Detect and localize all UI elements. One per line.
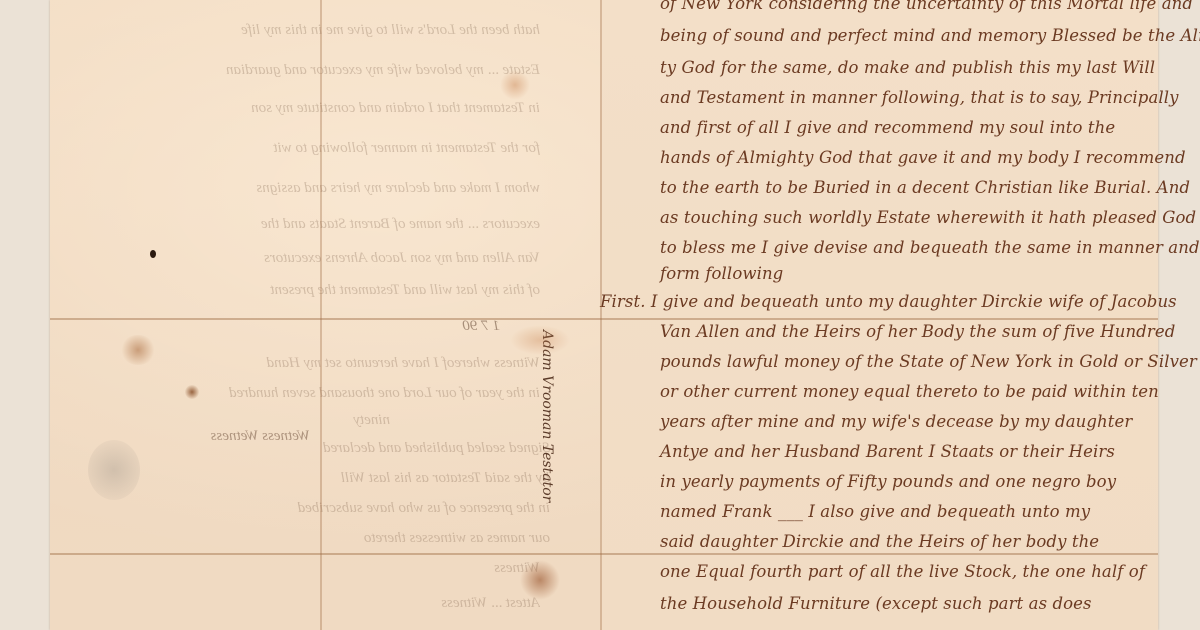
bleed-line: for the Testament in manner following to…	[70, 140, 540, 157]
right-page: of New York considering the uncertainty …	[600, 0, 1158, 630]
will-line: and first of all I give and recommend my…	[660, 118, 1150, 137]
ink-spot	[150, 250, 156, 258]
bleed-line: hath been the Lord's will to give me in …	[70, 22, 540, 39]
will-line: in yearly payments of Fifty pounds and o…	[660, 472, 1150, 491]
page-mark: 1 7 90	[440, 318, 500, 335]
will-line: Van Allen and the Heirs of her Body the …	[660, 322, 1150, 341]
bleed-line: Estate ... my beloved wife my executor a…	[70, 62, 540, 79]
wax-seal-residue	[88, 440, 140, 500]
will-line: years after mine and my wife's decease b…	[660, 412, 1150, 431]
will-line: pounds lawful money of the State of New …	[660, 352, 1150, 371]
bleed-line: executors ... the name of Barent Staats …	[70, 216, 540, 233]
will-line: and Testament in manner following, that …	[660, 88, 1150, 107]
stain	[120, 335, 156, 365]
fold-line-horizontal	[50, 318, 1158, 320]
will-line: as touching such worldly Estate wherewit…	[660, 208, 1150, 227]
bleed-line: Van Allen and my son Jacob Ahrens execut…	[70, 250, 540, 267]
will-line: form following	[660, 264, 1150, 283]
vertical-signature: Adam Vrooman Testator	[539, 330, 555, 502]
will-line: the Household Furniture (except such par…	[660, 594, 1150, 613]
will-line: ty God for the same, do make and publish…	[660, 58, 1150, 77]
bleed-line: in Testament that I ordain and constitut…	[70, 100, 540, 117]
will-line: named Frank ___ I also give and bequeath…	[660, 502, 1150, 521]
bleed-line: of this my last will and Testament the p…	[70, 282, 540, 299]
stain	[185, 385, 199, 399]
fold-line-horizontal	[50, 553, 1158, 555]
will-line: of New York considering the uncertainty …	[660, 0, 1150, 13]
bleed-line: in the year of our Lord one thousand sev…	[70, 385, 540, 402]
bleed-line: Witness	[290, 560, 540, 577]
bleed-line: ninety	[290, 412, 390, 429]
document-paper: hath been the Lord's will to give me in …	[50, 0, 1158, 630]
fold-line-vertical	[320, 0, 322, 630]
will-line: one Equal fourth part of all the live St…	[660, 562, 1150, 581]
will-line: to bless me I give devise and bequeath t…	[660, 238, 1150, 257]
will-line: being of sound and perfect mind and memo…	[660, 26, 1150, 45]
will-line: Antye and her Husband Barent I Staats or…	[660, 442, 1150, 461]
will-line: to the earth to be Buried in a decent Ch…	[660, 178, 1150, 197]
bleed-line: Attest ... Witness	[290, 595, 540, 612]
will-line: said daughter Dirckie and the Heirs of h…	[660, 532, 1150, 551]
will-line: or other current money equal thereto to …	[660, 382, 1150, 401]
stain	[520, 560, 560, 600]
will-line-first: First. I give and bequeath unto my daugh…	[600, 292, 1090, 311]
page-divider	[600, 0, 602, 630]
stain	[500, 70, 530, 100]
bleed-line: whom I make and declare my heirs and ass…	[70, 180, 540, 197]
stain	[510, 325, 570, 355]
witness-mark: Wetness Wetness	[160, 428, 310, 445]
will-line: hands of Almighty God that gave it and m…	[660, 148, 1150, 167]
left-page: hath been the Lord's will to give me in …	[50, 0, 600, 630]
